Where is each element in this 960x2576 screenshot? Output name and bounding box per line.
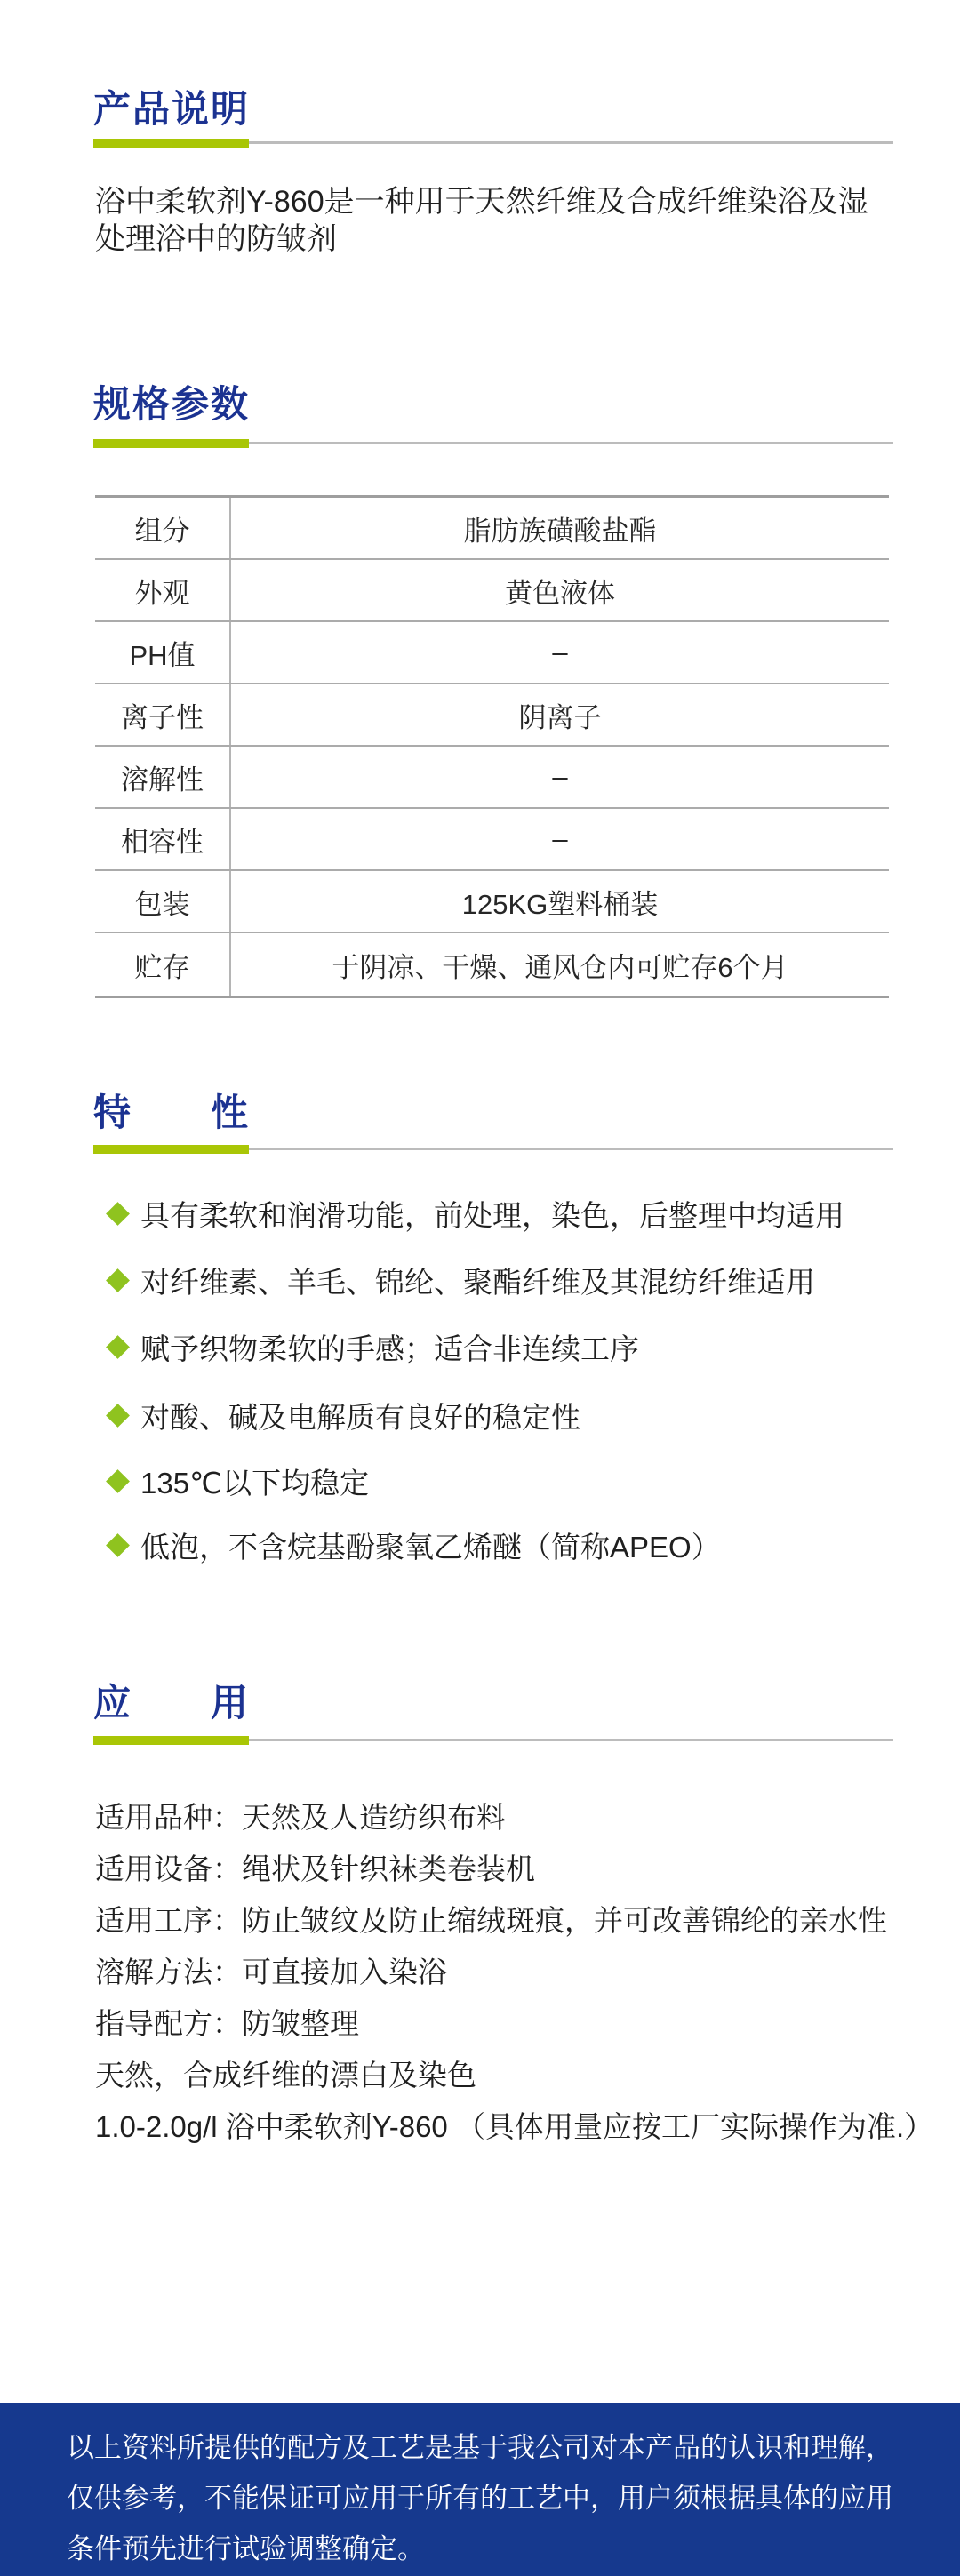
application-line: 1.0-2.0g/l 浴中柔软剂Y-860 （具体用量应按工厂实际操作为准.）	[95, 2101, 933, 2153]
table-row: PH值 –	[95, 622, 889, 684]
section-title-specs: 规格参数	[93, 383, 250, 426]
table-row: 组分 脂肪族磺酸盐酯	[95, 498, 889, 560]
diamond-bullet-icon	[106, 1533, 130, 1557]
divider-line	[249, 1148, 893, 1150]
divider-line	[249, 1739, 893, 1741]
feature-text: 赋予织物柔软的手感；适合非连续工序	[140, 1326, 639, 1368]
spec-value: 黄色液体	[231, 560, 889, 620]
product-detail-page: 产品说明 浴中柔软剂Y-860是一种用于天然纤维及合成纤维染浴及湿处理浴中的防皱…	[0, 0, 960, 2576]
green-accent-bar	[93, 139, 249, 148]
spec-value: 脂肪族磺酸盐酯	[231, 498, 889, 558]
feature-text: 对纤维素、羊毛、锦纶、聚酯纤维及其混纺纤维适用	[140, 1260, 815, 1301]
spec-label: 外观	[95, 560, 231, 620]
section-title-features: 特 性	[93, 1092, 250, 1134]
diamond-bullet-icon	[106, 1335, 130, 1359]
section-divider	[93, 1145, 893, 1154]
spec-value: 于阴凉、干燥、通风仓内可贮存6个月	[231, 933, 889, 996]
diamond-bullet-icon	[106, 1404, 130, 1428]
disclaimer-footer: 以上资料所提供的配方及工艺是基于我公司对本产品的认识和理解， 仅供参考，不能保证…	[0, 2403, 960, 2576]
table-row: 离子性 阴离子	[95, 684, 889, 747]
disclaimer-text: 以上资料所提供的配方及工艺是基于我公司对本产品的认识和理解， 仅供参考，不能保证…	[67, 2422, 893, 2574]
list-item: 135℃以下均稳定	[107, 1463, 369, 1499]
spec-label: 相容性	[95, 809, 231, 869]
table-row: 溶解性 –	[95, 747, 889, 809]
application-line: 适用品种：天然及人造纺织布料	[95, 1792, 933, 1844]
description-text: 浴中柔软剂Y-860是一种用于天然纤维及合成纤维染浴及湿处理浴中的防皱剂	[95, 183, 892, 258]
spec-label: 组分	[95, 498, 231, 558]
green-accent-bar	[93, 1736, 249, 1745]
application-line: 溶解方法：可直接加入染浴	[95, 1947, 933, 1998]
green-accent-bar	[93, 1145, 249, 1154]
table-row: 外观 黄色液体	[95, 560, 889, 622]
divider-line	[249, 442, 893, 444]
table-row: 贮存 于阴凉、干燥、通风仓内可贮存6个月	[95, 933, 889, 996]
list-item: 对纤维素、羊毛、锦纶、聚酯纤维及其混纺纤维适用	[107, 1262, 815, 1298]
spec-value: 阴离子	[231, 684, 889, 745]
diamond-bullet-icon	[106, 1268, 130, 1292]
section-title-application: 应 用	[93, 1682, 250, 1724]
section-divider	[93, 139, 893, 148]
section-title-description: 产品说明	[93, 88, 250, 131]
diamond-bullet-icon	[106, 1202, 130, 1226]
disclaimer-line: 条件预先进行试验调整确定。	[67, 2524, 893, 2574]
list-item: 赋予织物柔软的手感；适合非连续工序	[107, 1329, 639, 1364]
application-details: 适用品种：天然及人造纺织布料 适用设备：绳状及针织袜类卷装机 适用工序：防止皱纹…	[95, 1792, 933, 2153]
spec-label: 贮存	[95, 933, 231, 996]
disclaimer-line: 仅供参考，不能保证可应用于所有的工艺中，用户须根据具体的应用	[67, 2473, 893, 2524]
spec-value: –	[231, 622, 889, 683]
list-item: 对酸、碱及电解质有良好的稳定性	[107, 1397, 580, 1433]
divider-line	[249, 141, 893, 144]
table-row: 包装 125KG塑料桶装	[95, 871, 889, 933]
spec-label: 离子性	[95, 684, 231, 745]
list-item: 具有柔软和润滑功能，前处理，染色，后整理中均适用	[107, 1196, 844, 1231]
application-line: 适用设备：绳状及针织袜类卷装机	[95, 1844, 933, 1895]
section-divider	[93, 439, 893, 448]
diamond-bullet-icon	[106, 1469, 130, 1493]
spec-value: 125KG塑料桶装	[231, 871, 889, 932]
spec-label: 包装	[95, 871, 231, 932]
table-row: 相容性 –	[95, 809, 889, 871]
application-line: 适用工序：防止皱纹及防止缩绒斑痕，并可改善锦纶的亲水性	[95, 1895, 933, 1947]
feature-text: 对酸、碱及电解质有良好的稳定性	[140, 1395, 580, 1436]
list-item: 低泡，不含烷基酚聚氧乙烯醚（简称APEO）	[107, 1527, 721, 1563]
spec-label: 溶解性	[95, 747, 231, 807]
feature-text: 低泡，不含烷基酚聚氧乙烯醚（简称APEO）	[140, 1524, 721, 1566]
green-accent-bar	[93, 439, 249, 448]
disclaimer-line: 以上资料所提供的配方及工艺是基于我公司对本产品的认识和理解，	[67, 2422, 893, 2473]
application-line: 天然，合成纤维的漂白及染色	[95, 2050, 933, 2101]
feature-text: 135℃以下均稳定	[140, 1460, 369, 1502]
spec-value: –	[231, 809, 889, 869]
section-divider	[93, 1736, 893, 1745]
spec-table: 组分 脂肪族磺酸盐酯 外观 黄色液体 PH值 – 离子性 阴离子 溶解性 – 相…	[95, 495, 889, 998]
feature-text: 具有柔软和润滑功能，前处理，染色，后整理中均适用	[140, 1193, 844, 1235]
spec-value: –	[231, 747, 889, 807]
spec-label: PH值	[95, 622, 231, 683]
application-line: 指导配方：防皱整理	[95, 1998, 933, 2050]
